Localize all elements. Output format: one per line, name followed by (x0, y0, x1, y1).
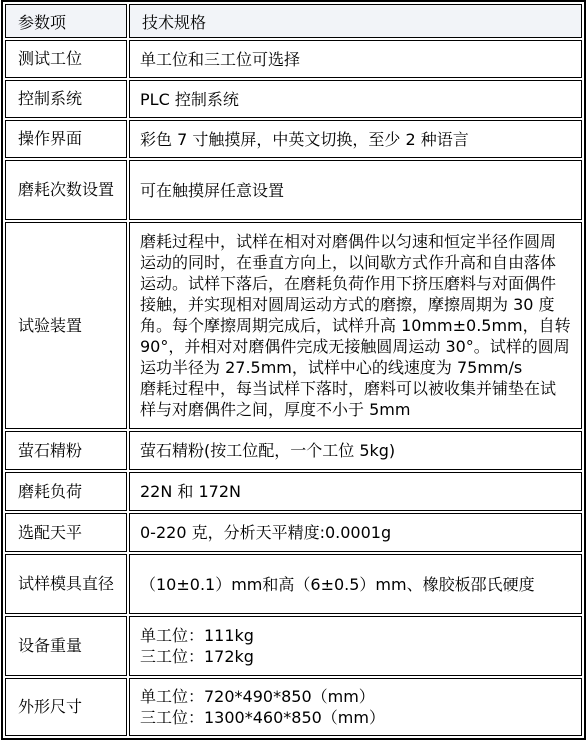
param-cell: 试样模具直径 (5, 554, 127, 614)
spec-cell: 萤石精粉(按工位配，一个工位 5kg) (129, 431, 582, 470)
spec-line: 萤石精粉(按工位配，一个工位 5kg) (140, 440, 571, 461)
spec-cell: 22N 和 172N (129, 472, 582, 511)
spec-line: 三工位：1300*460*850（mm） (140, 707, 571, 728)
spec-line: 单工位和三工位可选择 (140, 49, 571, 70)
spec-cell: PLC 控制系统 (129, 80, 582, 118)
spec-cell: 彩色 7 寸触摸屏，中英文切换，至少 2 种语言 (129, 120, 582, 158)
spec-line: 彩色 7 寸触摸屏，中英文切换，至少 2 种语言 (140, 129, 571, 150)
spec-cell: 可在触摸屏任意设置 (129, 160, 582, 220)
table-row: 操作界面 彩色 7 寸触摸屏，中英文切换，至少 2 种语言 (5, 120, 582, 158)
header-param-cell: 参数项 (5, 4, 127, 38)
param-cell: 设备重量 (5, 616, 127, 676)
spec-cell: 单工位：111kg 三工位：172kg (129, 616, 582, 676)
spec-line: 三工位：172kg (140, 646, 571, 667)
table-row: 磨耗负荷 22N 和 172N (5, 472, 582, 511)
header-spec-cell: 技术规格 (129, 4, 582, 38)
spec-paragraph: 磨耗过程中，每当试样下落时，磨料可以被收集并铺垫在试样与对磨偶件之间，厚度不小于… (140, 378, 571, 420)
table-row: 测试工位 单工位和三工位可选择 (5, 40, 582, 78)
param-cell: 萤石精粉 (5, 431, 127, 470)
table-row: 外形尺寸 单工位：720*490*850（mm） 三工位：1300*460*85… (5, 678, 582, 736)
spec-cell: 单工位：720*490*850（mm） 三工位：1300*460*850（mm） (129, 678, 582, 736)
param-cell: 控制系统 (5, 80, 127, 118)
header-param-label: 参数项 (18, 13, 66, 32)
table-row: 试验装置 磨耗过程中，试样在相对对磨偶件以匀速和恒定半径作圆周运动的同时，在垂直… (5, 222, 582, 429)
spec-cell: 0-220 克，分析天平精度:0.0001g (129, 513, 582, 552)
param-cell: 磨耗负荷 (5, 472, 127, 511)
param-cell: 外形尺寸 (5, 678, 127, 736)
param-cell: 选配天平 (5, 513, 127, 552)
table-row: 设备重量 单工位：111kg 三工位：172kg (5, 616, 582, 676)
spec-line: 22N 和 172N (140, 481, 571, 502)
spec-paragraph: 磨耗过程中，试样在相对对磨偶件以匀速和恒定半径作圆周运动的同时，在垂直方向上，以… (140, 231, 571, 378)
table-row: 控制系统 PLC 控制系统 (5, 80, 582, 118)
spec-line: PLC 控制系统 (140, 89, 571, 110)
table-row: 萤石精粉 萤石精粉(按工位配，一个工位 5kg) (5, 431, 582, 470)
table-row: 磨耗次数设置 可在触摸屏任意设置 (5, 160, 582, 220)
param-cell: 操作界面 (5, 120, 127, 158)
table-row: 试样模具直径 （10±0.1）mm和高（6±0.5）mm、橡胶板邵氏硬度 (5, 554, 582, 614)
spec-line: 0-220 克，分析天平精度:0.0001g (140, 522, 571, 543)
spec-line: （10±0.1）mm和高（6±0.5）mm、橡胶板邵氏硬度 (140, 574, 571, 595)
spec-cell: 磨耗过程中，试样在相对对磨偶件以匀速和恒定半径作圆周运动的同时，在垂直方向上，以… (129, 222, 582, 429)
param-cell: 磨耗次数设置 (5, 160, 127, 220)
table-row: 选配天平 0-220 克，分析天平精度:0.0001g (5, 513, 582, 552)
spec-line: 单工位：111kg (140, 625, 571, 646)
spec-cell: （10±0.1）mm和高（6±0.5）mm、橡胶板邵氏硬度 (129, 554, 582, 614)
spec-line: 单工位：720*490*850（mm） (140, 686, 571, 707)
spec-table: 参数项 技术规格 测试工位 单工位和三工位可选择 控制系统 PLC 控制系统 操… (1, 0, 586, 740)
header-spec-label: 技术规格 (142, 13, 206, 32)
spec-cell: 单工位和三工位可选择 (129, 40, 582, 78)
param-cell: 测试工位 (5, 40, 127, 78)
header-row: 参数项 技术规格 (5, 4, 582, 38)
spec-line: 可在触摸屏任意设置 (140, 180, 571, 201)
param-cell: 试验装置 (5, 222, 127, 429)
